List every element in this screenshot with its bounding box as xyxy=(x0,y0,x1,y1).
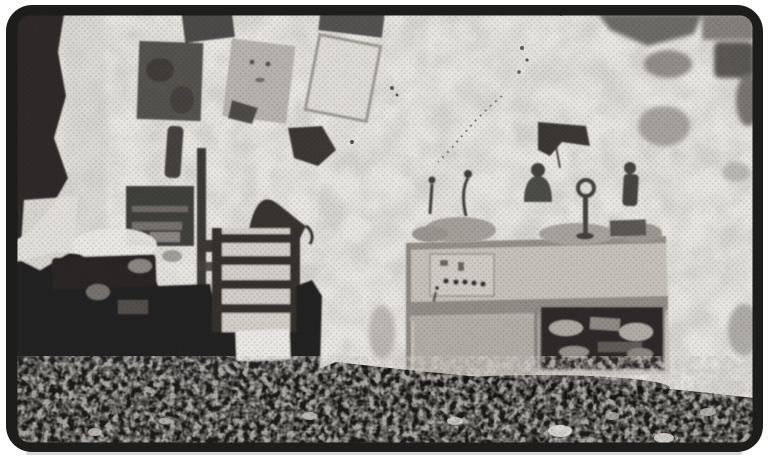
halftone-photograph xyxy=(0,0,770,460)
frame-scan-shadow xyxy=(26,452,742,455)
newspaper-photo-page xyxy=(0,0,770,460)
halftone-overlay xyxy=(16,14,754,444)
photo-content xyxy=(16,0,760,444)
